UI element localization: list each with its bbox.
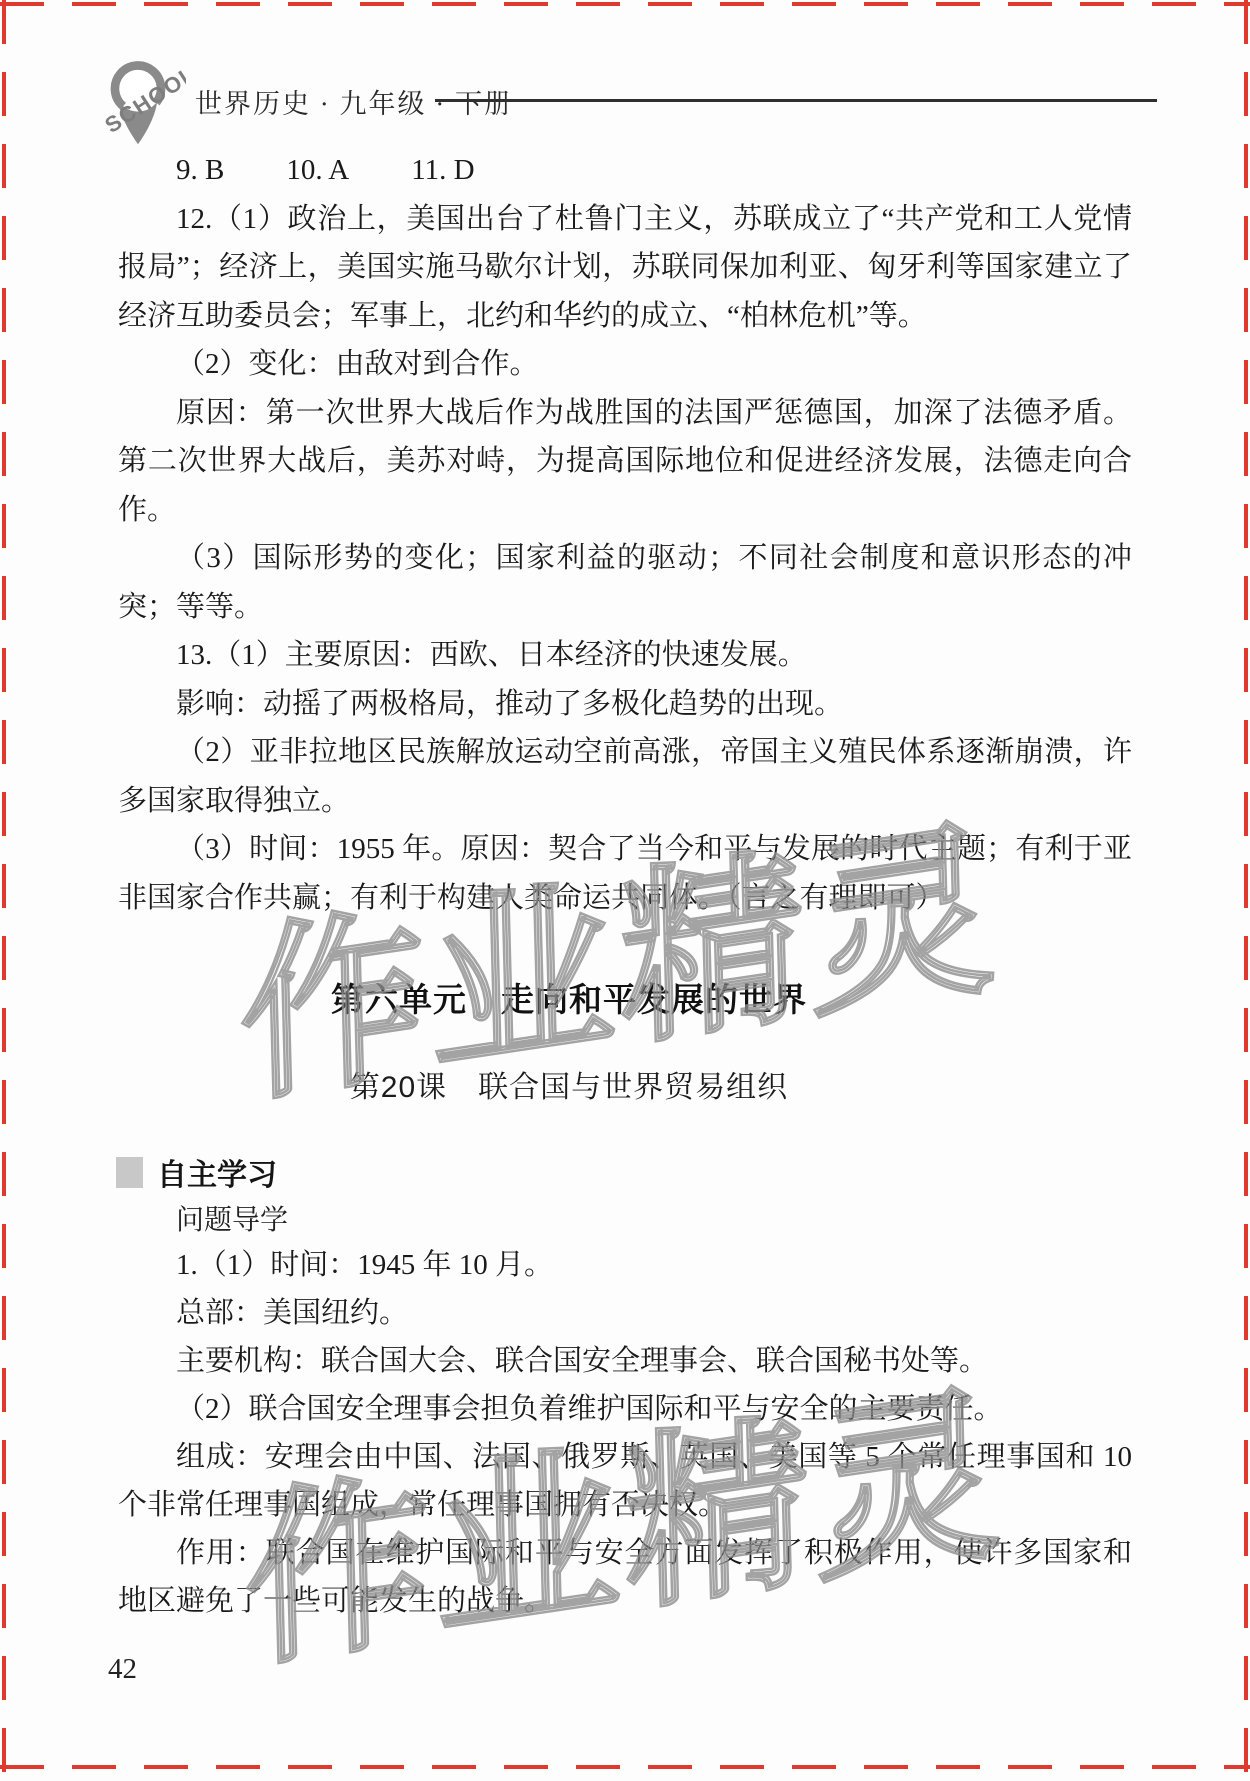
answer-paragraph: 原因：第一次世界大战后作为战胜国的法国严惩德国，加深了法德矛盾。第二次世界大战后… xyxy=(118,389,1132,535)
answer-paragraph: （2）亚非拉地区民族解放运动空前高涨，帝国主义殖民体系逐渐崩溃，许多国家取得独立… xyxy=(118,728,1132,825)
section-subtitle: 问题导学 xyxy=(176,1198,288,1238)
lesson-heading: 第20课 联合国与世界贸易组织 xyxy=(62,1062,1076,1106)
answer-block-top: 9. B10. A11. D 12.（1）政治上，美国出台了杜鲁门主义，苏联成立… xyxy=(118,146,1132,922)
answer-block-bottom: 1.（1）时间：1945 年 10 月。总部：美国纽约。主要机构：联合国大会、联… xyxy=(118,1241,1132,1625)
crop-mark-right xyxy=(1244,0,1248,1781)
answer-paragraph: 主要机构：联合国大会、联合国安全理事会、联合国秘书处等。 xyxy=(118,1337,1132,1385)
header-rule xyxy=(435,99,1157,102)
answer-paragraph: 12.（1）政治上，美国出台了杜鲁门主义，苏联成立了“共产党和工人党情报局”；经… xyxy=(118,195,1132,341)
choice-answer: 11. D xyxy=(411,146,474,195)
unit-heading: 第六单元 走向和平发展的世界 xyxy=(62,974,1076,1021)
page-number: 42 xyxy=(108,1653,137,1686)
workbook-page: { "theme": { "accent_red": "#e0392e", "w… xyxy=(0,0,1250,1781)
answer-paragraph: 作用：联合国在维护国际和平与安全方面发挥了积极作用，使许多国家和地区避免了一些可… xyxy=(118,1529,1132,1625)
crop-mark-top xyxy=(0,2,1250,6)
section-header: 自主学习 xyxy=(116,1150,277,1194)
answer-paragraph: 影响：动摇了两极格局，推动了多极化趋势的出现。 xyxy=(118,680,1132,729)
crop-mark-bottom xyxy=(0,1765,1250,1769)
choice-answer: 9. B xyxy=(176,146,224,195)
answer-paragraph: （2）联合国安全理事会担负着维护国际和平与安全的主要责任。 xyxy=(118,1385,1132,1433)
answer-paragraph: （3）国际形势的变化；国家利益的驱动；不同社会制度和意识形态的冲突；等等。 xyxy=(118,534,1132,631)
answer-paragraph: 总部：美国纽约。 xyxy=(118,1289,1132,1337)
answer-paragraph: 组成：安理会由中国、法国、俄罗斯、英国、美国等 5 个常任理事国和 10 个非常… xyxy=(118,1433,1132,1529)
choice-answer: 10. A xyxy=(286,146,349,195)
school-logo-pin-icon: SCHOOL xyxy=(90,52,186,152)
answer-paragraph: 13.（1）主要原因：西欧、日本经济的快速发展。 xyxy=(118,631,1132,680)
answer-paragraph: 1.（1）时间：1945 年 10 月。 xyxy=(118,1241,1132,1289)
section-title: 自主学习 xyxy=(157,1150,277,1194)
choice-answer-row: 9. B10. A11. D xyxy=(118,146,1132,195)
section-square-icon xyxy=(116,1157,143,1188)
answer-paragraphs-top: 12.（1）政治上，美国出台了杜鲁门主义，苏联成立了“共产党和工人党情报局”；经… xyxy=(118,195,1132,923)
answer-paragraph: （3）时间：1955 年。原因：契合了当今和平与发展的时代主题；有利于亚非国家合… xyxy=(118,825,1132,922)
answer-paragraph: （2）变化：由敌对到合作。 xyxy=(118,340,1132,389)
crop-mark-left xyxy=(2,0,6,1781)
